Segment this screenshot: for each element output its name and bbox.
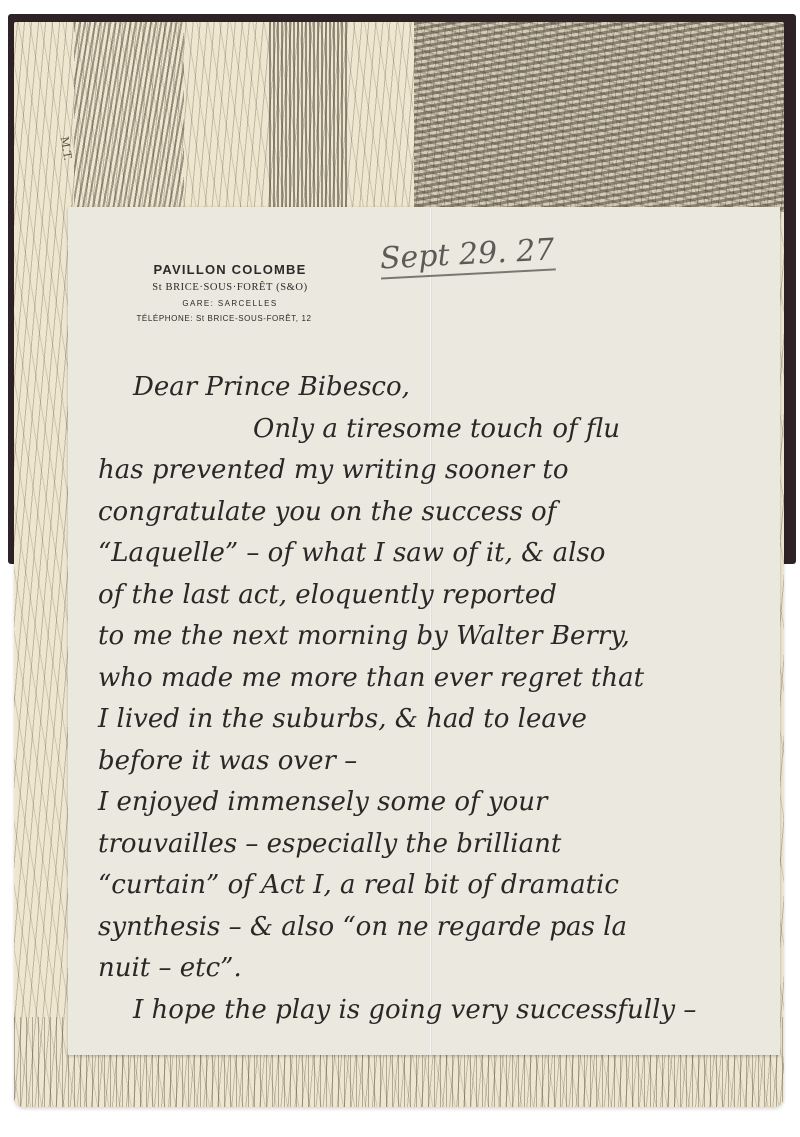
letter-line: has prevented my writing sooner to (98, 450, 778, 492)
letter-line: “Laquelle” – of what I saw of it, & also (98, 533, 778, 575)
sketch-foliage (414, 22, 784, 212)
letter-line: nuit – etc”. (98, 948, 778, 990)
letter-sheet: PAVILLON COLOMBE St BRICE·SOUS·FORÊT (S&… (68, 207, 780, 1055)
letterhead-station: GARE: SARCELLES (130, 299, 330, 308)
letter-line: before it was over – (98, 741, 778, 783)
letter-line: synthesis – & also “on ne regarde pas la (98, 907, 778, 949)
sketch-tree-trunk (269, 22, 349, 212)
letter-date: Sept 29. 27 (379, 232, 555, 279)
letter-line: “curtain” of Act I, a real bit of dramat… (98, 865, 778, 907)
letterhead-name: PAVILLON COLOMBE (130, 262, 330, 277)
letter-line: Only a tiresome touch of flu (98, 409, 778, 451)
letter-line: I lived in the suburbs, & had to leave (98, 699, 778, 741)
letter-line: I enjoyed immensely some of your (98, 782, 778, 824)
letterhead: PAVILLON COLOMBE St BRICE·SOUS·FORÊT (S&… (130, 262, 330, 323)
letter-body: Dear Prince Bibesco, Only a tiresome tou… (98, 367, 778, 1031)
letterhead-town: St BRICE·SOUS·FORÊT (S&O) (130, 282, 330, 293)
letter-line: trouvailles – especially the brilliant (98, 824, 778, 866)
letterhead-telephone: TÉLÉPHONE: St BRICE-SOUS-FORÊT, 12 (118, 314, 330, 323)
letter-line: I hope the play is going very successful… (98, 990, 778, 1032)
salutation: Dear Prince Bibesco, (98, 367, 778, 409)
sketch-tree-trunk (74, 22, 184, 212)
letter-line: who made me more than ever regret that (98, 658, 778, 700)
letter-line: of the last act, eloquently reported (98, 575, 778, 617)
letter-line: congratulate you on the success of (98, 492, 778, 534)
letter-line: to me the next morning by Walter Berry, (98, 616, 778, 658)
